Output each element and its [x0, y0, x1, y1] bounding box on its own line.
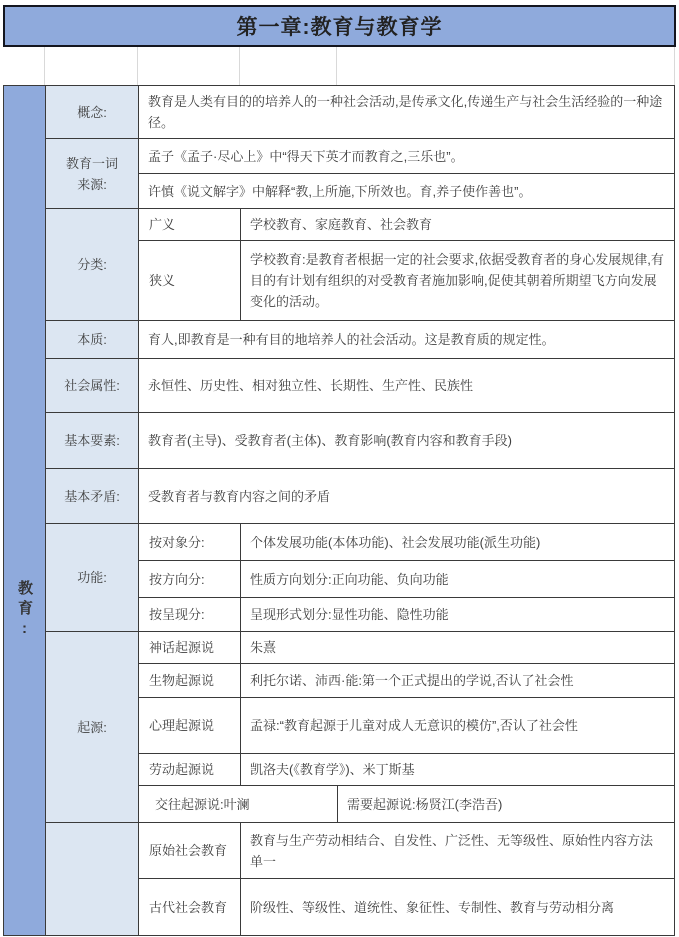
row-origins-label: 起源: — [46, 632, 139, 823]
development-value-0: 教育与生产劳动相结合、自发性、广泛性、无等级性、原始性内容方法单一 — [241, 823, 675, 879]
spacer-row — [3, 47, 675, 85]
origins-key-2: 心理起源说 — [139, 698, 241, 754]
row-social-attributes-content: 永恒性、历史性、相对独立性、长期性、生产性、民族性 — [139, 359, 675, 413]
row-concept-content: 教育是人类有目的的培养人的一种社会活动,是传承文化,传递生产与社会生活经验的一种… — [139, 86, 675, 139]
row-basic-contradiction-label: 基本矛盾: — [46, 469, 139, 524]
origins-value-1: 利托尔诺、沛西·能:第一个正式提出的学说,否认了社会性 — [241, 664, 675, 698]
spacer-cell — [45, 47, 138, 85]
row-term-origin-label: 教育一词来源: — [46, 139, 139, 209]
functions-key-0: 按对象分: — [139, 524, 241, 561]
development-key-1: 古代社会教育 — [139, 879, 241, 936]
spacer-cell — [240, 47, 337, 85]
row-essence-content: 育人,即教育是一种有目的地培养人的社会活动。这是教育质的规定性。 — [139, 321, 675, 359]
origins-need-cell: 需要起源说:杨贤江(李浩吾) — [338, 786, 675, 823]
origins-value-3: 凯洛夫(《教育学》)、米丁斯基 — [241, 754, 675, 786]
spacer-cell — [337, 47, 675, 85]
origins-value-2: 孟禄:“教育起源于儿童对成人无意识的模仿”,否认了社会性 — [241, 698, 675, 754]
functions-value-2: 呈现形式划分:显性功能、隐性功能 — [241, 598, 675, 632]
page: { "header": { "title": "第一章:教育与教育学" }, "… — [0, 0, 679, 937]
row-concept-label: 概念: — [46, 86, 139, 139]
row-development-label — [46, 823, 139, 936]
origins-key-1: 生物起源说 — [139, 664, 241, 698]
spine-cell: 教育: — [4, 86, 46, 936]
row-classification-label: 分类: — [46, 209, 139, 321]
row-social-attributes-label: 社会属性: — [46, 359, 139, 413]
main-table: 教育: 概念: 教育是人类有目的的培养人的一种社会活动,是传承文化,传递生产与社… — [3, 85, 675, 936]
classification-broad-label: 广义 — [139, 209, 241, 241]
row-basic-elements-content: 教育者(主导)、受教育者(主体)、教育影响(教育内容和教育手段) — [139, 413, 675, 469]
row-essence-label: 本质: — [46, 321, 139, 359]
row-functions-label: 功能: — [46, 524, 139, 632]
functions-key-1: 按方向分: — [139, 561, 241, 598]
classification-narrow-label: 狭义 — [139, 241, 241, 321]
spacer-cell — [138, 47, 240, 85]
chapter-title: 第一章:教育与教育学 — [237, 11, 443, 41]
origins-value-0: 朱熹 — [241, 632, 675, 664]
development-key-0: 原始社会教育 — [139, 823, 241, 879]
classification-narrow-content: 学校教育:是教育者根据一定的社会要求,依据受教育者的身心发展规律,有目的有计划有… — [241, 241, 675, 321]
functions-value-1: 性质方向划分:正向功能、负向功能 — [241, 561, 675, 598]
origins-exchange-cell: 交往起源说:叶澜 — [139, 786, 338, 823]
row-basic-elements-label: 基本要素: — [46, 413, 139, 469]
classification-broad-content: 学校教育、家庭教育、社会教育 — [241, 209, 675, 241]
row-basic-contradiction-content: 受教育者与教育内容之间的矛盾 — [139, 469, 675, 524]
row-term-origin-mengzi: 孟子《孟子·尽心上》中“得天下英才而教育之,三乐也”。 — [139, 139, 675, 174]
functions-key-2: 按呈现分: — [139, 598, 241, 632]
origins-key-3: 劳动起源说 — [139, 754, 241, 786]
chapter-header: 第一章:教育与教育学 — [3, 5, 676, 47]
spine-label: 教育: — [14, 580, 35, 642]
functions-value-0: 个体发展功能(本体功能)、社会发展功能(派生功能) — [241, 524, 675, 561]
development-value-1: 阶级性、等级性、道统性、象征性、专制性、教育与劳动相分离 — [241, 879, 675, 936]
row-term-origin-xushen: 许慎《说文解字》中解释“教,上所施,下所效也。育,养子使作善也”。 — [139, 174, 675, 209]
origins-key-0: 神话起源说 — [139, 632, 241, 664]
spacer-cell — [3, 47, 45, 85]
